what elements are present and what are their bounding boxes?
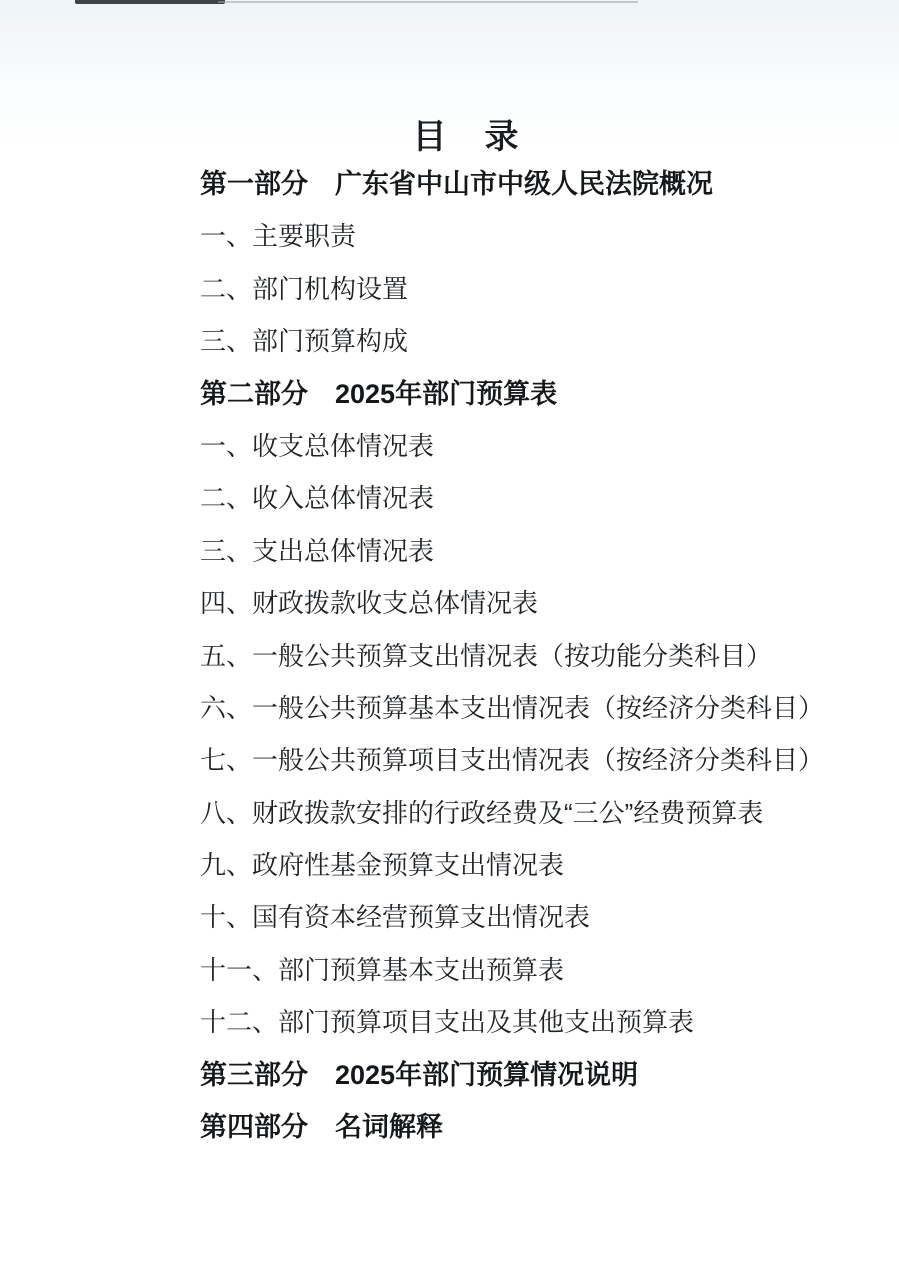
toc-item: 四、财政拨款收支总体情况表 [200, 577, 860, 629]
toc-part-heading: 第一部分 广东省中山市中级人民法院概况 [200, 158, 860, 210]
toc-item: 一、收支总体情况表 [200, 420, 860, 472]
document-title: 目 录 [0, 115, 899, 159]
toc-item: 八、财政拨款安排的行政经费及“三公”经费预算表 [200, 787, 860, 839]
toc-item: 五、一般公共预算支出情况表（按功能分类科目） [200, 630, 860, 682]
scan-streak-artifact [75, 0, 225, 4]
toc-item: 二、部门机构设置 [200, 263, 860, 315]
table-of-contents: 第一部分 广东省中山市中级人民法院概况 一、主要职责 二、部门机构设置 三、部门… [200, 158, 860, 1153]
toc-item: 六、一般公共预算基本支出情况表（按经济分类科目） [200, 682, 860, 734]
toc-item: 一、主要职责 [200, 210, 860, 262]
toc-part-heading: 第四部分 名词解释 [200, 1101, 860, 1153]
toc-part-heading: 第二部分 2025年部门预算表 [200, 368, 860, 420]
toc-item: 七、一般公共预算项目支出情况表（按经济分类科目） [200, 734, 860, 786]
toc-item: 十二、部门预算项目支出及其他支出预算表 [200, 996, 860, 1048]
toc-item: 十一、部门预算基本支出预算表 [200, 944, 860, 996]
toc-item: 三、支出总体情况表 [200, 525, 860, 577]
toc-item: 十、国有资本经营预算支出情况表 [200, 891, 860, 943]
toc-part-heading: 第三部分 2025年部门预算情况说明 [200, 1049, 860, 1101]
toc-item: 三、部门预算构成 [200, 315, 860, 367]
scan-streak-artifact-light [218, 1, 638, 3]
toc-item: 九、政府性基金预算支出情况表 [200, 839, 860, 891]
toc-item: 二、收入总体情况表 [200, 472, 860, 524]
